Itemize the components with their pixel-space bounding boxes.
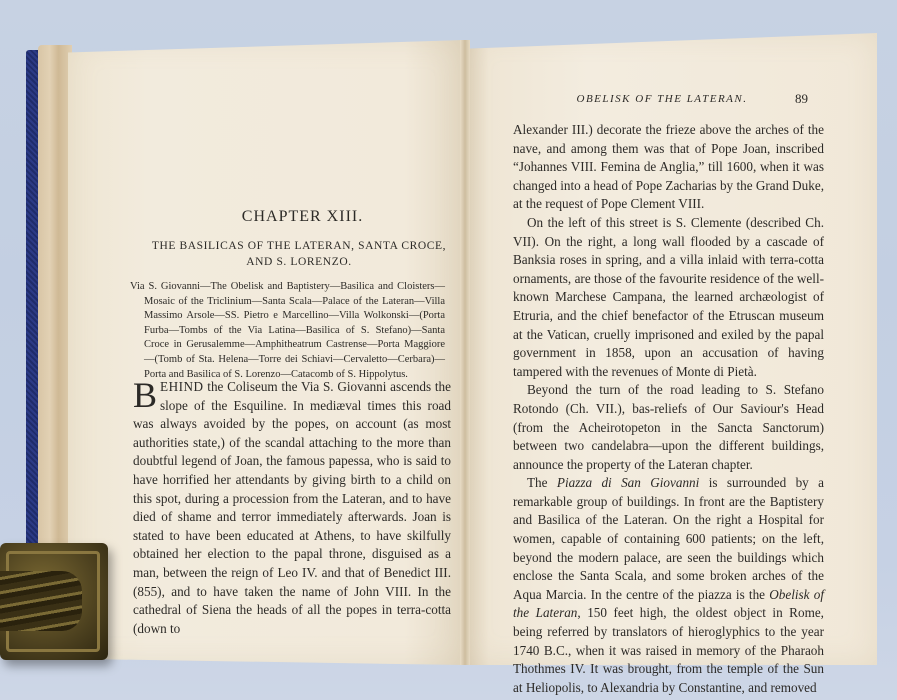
opening-word: EHIND <box>160 379 204 394</box>
chapter-title: CHAPTER XIII. <box>150 208 455 226</box>
paragraph: Beyond the turn of the road leading to S… <box>513 381 824 474</box>
right-page-body: Alexander III.) decorate the frieze abov… <box>513 121 824 697</box>
photo-scene: CHAPTER XIII. THE BASILICAS OF THE LATER… <box>0 0 897 700</box>
brass-book-weight <box>0 543 108 660</box>
left-page-body: BEHIND the Coliseum the Via S. Giovanni … <box>133 378 451 638</box>
paragraph: The Piazza di San Giovanni is surrounded… <box>513 474 824 697</box>
chapter-subtitle: THE BASILICAS OF THE LATERAN, SANTA CROC… <box>140 238 458 270</box>
left-body-text: the Coliseum the Via S. Giovanni ascends… <box>133 379 451 636</box>
italic-term: Piazza di San Giovanni <box>557 475 699 490</box>
paragraph: Alexander III.) decorate the frieze abov… <box>513 121 824 214</box>
book-gutter <box>460 40 470 665</box>
drop-cap: B <box>133 380 157 410</box>
running-head: OBELISK OF THE LATERAN. <box>572 93 752 105</box>
paragraph: On the left of this street is S. Clement… <box>513 214 824 381</box>
synopsis-text: Via S. Giovanni—The Obelisk and Baptiste… <box>130 280 445 382</box>
page-number: 89 <box>795 91 808 107</box>
chapter-synopsis: Via S. Giovanni—The Obelisk and Baptiste… <box>130 280 445 382</box>
